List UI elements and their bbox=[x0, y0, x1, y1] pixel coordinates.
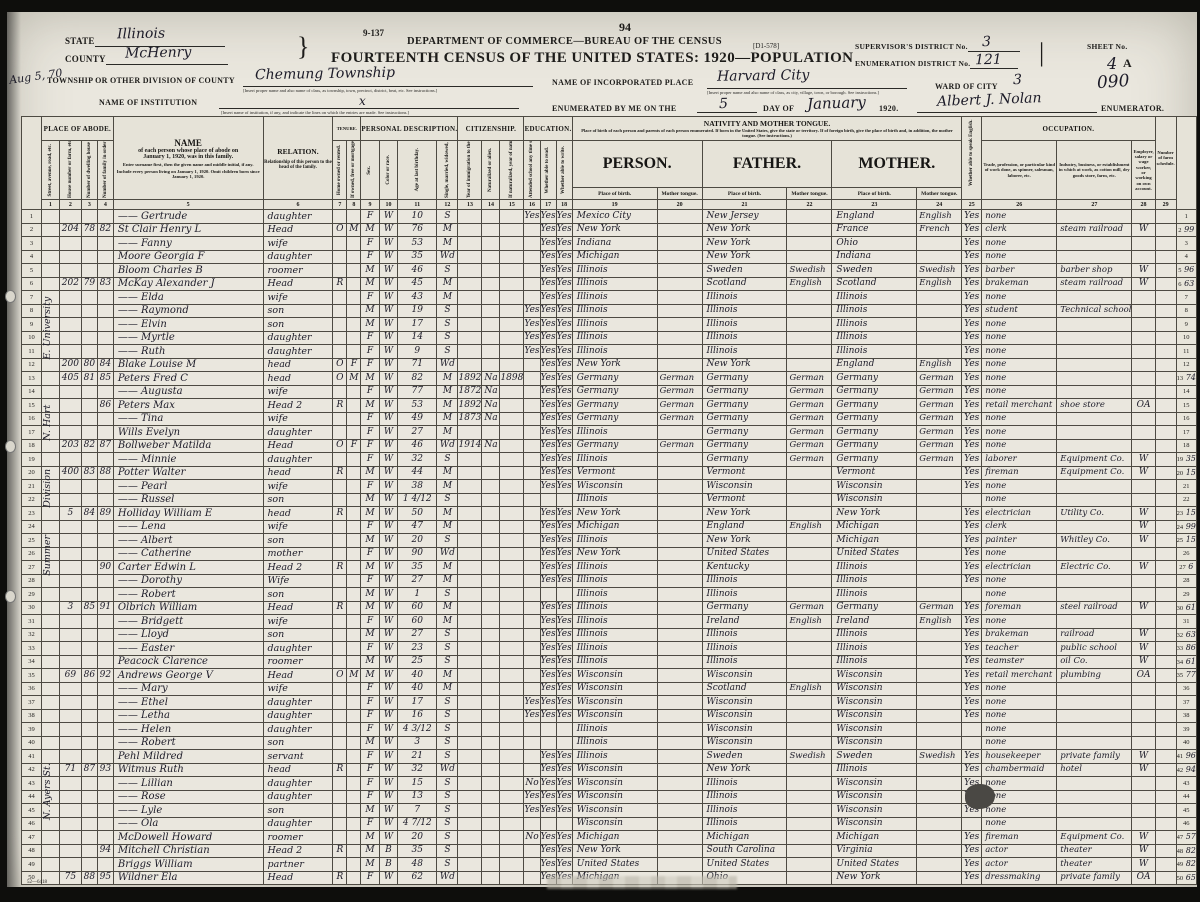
cell-ag: 60 bbox=[398, 601, 437, 615]
cell-mt bbox=[917, 871, 962, 885]
table-row: 9—— ElvinsonMW17SYesYesYesIllinoisIllino… bbox=[22, 318, 1197, 332]
cell-im bbox=[458, 763, 482, 777]
cell-pb: Wisconsin bbox=[572, 777, 657, 791]
cell-in: Equipment Co. bbox=[1057, 453, 1132, 467]
right-line-number: 4 bbox=[1176, 250, 1196, 264]
cell-rel: daughter bbox=[263, 777, 333, 791]
cell-rc: W bbox=[379, 345, 397, 359]
cell-wr bbox=[556, 493, 572, 507]
cell-st bbox=[41, 412, 59, 426]
cell-rc: W bbox=[379, 304, 397, 318]
cell-ft: English bbox=[787, 520, 832, 534]
cell-sx: M bbox=[361, 831, 379, 845]
cell-sx: F bbox=[361, 574, 379, 588]
cell-pt bbox=[657, 844, 702, 858]
line-number: 33 bbox=[22, 642, 42, 656]
cell-in bbox=[1057, 318, 1132, 332]
cell-na bbox=[482, 736, 500, 750]
cell-rd: Yes bbox=[540, 777, 556, 791]
cell-mr: S bbox=[437, 831, 458, 845]
cell-mt bbox=[917, 237, 962, 251]
cell-pt bbox=[657, 507, 702, 521]
col-family-number: Number of family in order of visitation. bbox=[97, 141, 113, 200]
cell-en: Yes bbox=[962, 574, 982, 588]
cell-sx: F bbox=[361, 777, 379, 791]
cell-im bbox=[458, 736, 482, 750]
cell-oc: none bbox=[982, 723, 1057, 737]
cell-im bbox=[458, 615, 482, 629]
cell-ag: 9 bbox=[398, 345, 437, 359]
cell-h bbox=[59, 709, 81, 723]
cell-fs bbox=[1155, 237, 1176, 251]
cell-em: W bbox=[1132, 628, 1155, 642]
cell-nm: Bollweber Matilda bbox=[113, 439, 263, 453]
cell-rd: Yes bbox=[540, 210, 556, 224]
cell-mg bbox=[347, 723, 361, 737]
cell-wr: Yes bbox=[556, 682, 572, 696]
cell-em bbox=[1132, 682, 1155, 696]
cell-rc: W bbox=[379, 696, 397, 710]
cell-rd bbox=[540, 817, 556, 831]
cell-fb: Wisconsin bbox=[702, 669, 787, 683]
cell-rd: Yes bbox=[540, 250, 556, 264]
cell-fb: Illinois bbox=[702, 817, 787, 831]
cell-em: OA bbox=[1132, 669, 1155, 683]
cell-rd: Yes bbox=[540, 601, 556, 615]
cell-rc: W bbox=[379, 250, 397, 264]
cell-sc bbox=[524, 682, 540, 696]
cell-ft: German bbox=[787, 412, 832, 426]
cell-oc: student bbox=[982, 304, 1057, 318]
cell-f: 84 bbox=[97, 358, 113, 372]
cell-f bbox=[97, 318, 113, 332]
hole-punch bbox=[5, 440, 16, 453]
cell-ag: 32 bbox=[398, 763, 437, 777]
cell-fs bbox=[1155, 223, 1176, 237]
cell-wr: Yes bbox=[556, 507, 572, 521]
cell-ny bbox=[500, 709, 524, 723]
cell-ny bbox=[500, 493, 524, 507]
cell-mt bbox=[917, 628, 962, 642]
cell-oc: none bbox=[982, 372, 1057, 386]
cell-mr: S bbox=[437, 588, 458, 602]
cell-ny bbox=[500, 399, 524, 413]
right-line-number: 21 bbox=[1176, 480, 1196, 494]
right-line-number: 3 bbox=[1176, 237, 1196, 251]
cell-o bbox=[333, 412, 347, 426]
cell-in bbox=[1057, 615, 1132, 629]
cell-mb: Sweden bbox=[832, 264, 917, 278]
line-number: 22 bbox=[22, 493, 42, 507]
table-row: 21—— PearlwifeFW38MYesYesWisconsinWiscon… bbox=[22, 480, 1197, 494]
cell-d bbox=[81, 345, 97, 359]
cell-ny bbox=[500, 304, 524, 318]
column-number: 7 bbox=[333, 200, 347, 210]
cell-em bbox=[1132, 358, 1155, 372]
cell-sx: F bbox=[361, 615, 379, 629]
cell-im bbox=[458, 831, 482, 845]
col-mother-tongue: Mother tongue. bbox=[917, 188, 962, 200]
cell-ag: 32 bbox=[398, 453, 437, 467]
cell-d bbox=[81, 777, 97, 791]
cell-ag: 49 bbox=[398, 412, 437, 426]
cell-pb: Illinois bbox=[572, 642, 657, 656]
cell-em bbox=[1132, 426, 1155, 440]
cell-rel: Head bbox=[263, 223, 333, 237]
institution-value: x bbox=[359, 94, 366, 108]
cell-mr: M bbox=[437, 385, 458, 399]
cell-pt bbox=[657, 318, 702, 332]
cell-d bbox=[81, 574, 97, 588]
cell-d: 82 bbox=[81, 439, 97, 453]
cell-in bbox=[1057, 723, 1132, 737]
cell-en: Yes bbox=[962, 372, 982, 386]
cell-rel: daughter bbox=[263, 345, 333, 359]
cell-pt bbox=[657, 453, 702, 467]
cell-o bbox=[333, 210, 347, 224]
cell-d: 79 bbox=[81, 277, 97, 291]
cell-en bbox=[962, 723, 982, 737]
cell-f: 93 bbox=[97, 763, 113, 777]
cell-fs bbox=[1155, 480, 1176, 494]
cell-pb: Illinois bbox=[572, 493, 657, 507]
cell-mr: S bbox=[437, 790, 458, 804]
cell-pb: New York bbox=[572, 507, 657, 521]
cell-st bbox=[41, 277, 59, 291]
cell-ft: German bbox=[787, 385, 832, 399]
cell-oc: none bbox=[982, 493, 1057, 507]
cell-mt: Swedish bbox=[917, 264, 962, 278]
cell-ft bbox=[787, 331, 832, 345]
cell-pb: Wisconsin bbox=[572, 790, 657, 804]
cell-fb: South Carolina bbox=[702, 844, 787, 858]
col-place-of-birth: Place of birth. bbox=[702, 188, 787, 200]
cell-in bbox=[1057, 480, 1132, 494]
cell-nm: Wildner Ela bbox=[113, 871, 263, 885]
cell-d bbox=[81, 264, 97, 278]
cell-pb: New York bbox=[572, 547, 657, 561]
cell-pt bbox=[657, 493, 702, 507]
cell-ag: 76 bbox=[398, 223, 437, 237]
cell-na bbox=[482, 682, 500, 696]
cell-mr: M bbox=[437, 412, 458, 426]
cell-mb: Illinois bbox=[832, 763, 917, 777]
cell-wr: Yes bbox=[556, 345, 572, 359]
cell-d bbox=[81, 210, 97, 224]
cell-ny bbox=[500, 723, 524, 737]
table-row: 41Pehl MildredservantFW21SYesYesIllinois… bbox=[22, 750, 1197, 764]
cell-in: steam railroad bbox=[1057, 277, 1132, 291]
cell-oc: fireman bbox=[982, 466, 1057, 480]
right-line-number: 43 bbox=[1176, 777, 1196, 791]
cell-ag: 27 bbox=[398, 426, 437, 440]
right-line-number: 50 65 bbox=[1176, 871, 1196, 885]
line-number: 27 bbox=[22, 561, 42, 575]
line-number: 34 bbox=[22, 655, 42, 669]
cell-fs bbox=[1155, 534, 1176, 548]
cell-en: Yes bbox=[962, 318, 982, 332]
cell-wr: Yes bbox=[556, 669, 572, 683]
line-number: 23 bbox=[22, 507, 42, 521]
cell-ag: 20 bbox=[398, 831, 437, 845]
cell-d: 86 bbox=[81, 669, 97, 683]
cell-rel: son bbox=[263, 736, 333, 750]
cell-mb: Wisconsin bbox=[832, 696, 917, 710]
line-number: 3 bbox=[22, 237, 42, 251]
cell-im bbox=[458, 520, 482, 534]
cell-o bbox=[333, 237, 347, 251]
cell-rel: partner bbox=[263, 858, 333, 872]
cell-o: R bbox=[333, 466, 347, 480]
cell-mt bbox=[917, 507, 962, 521]
cell-h bbox=[59, 628, 81, 642]
cell-em bbox=[1132, 331, 1155, 345]
cell-fb: Illinois bbox=[702, 574, 787, 588]
column-number: 10 bbox=[379, 200, 397, 210]
cell-sc bbox=[524, 223, 540, 237]
cell-h bbox=[59, 844, 81, 858]
cell-sc bbox=[524, 493, 540, 507]
cell-mt bbox=[917, 561, 962, 575]
cell-sc bbox=[524, 372, 540, 386]
cell-na: Na bbox=[482, 385, 500, 399]
cell-h bbox=[59, 561, 81, 575]
cell-mg bbox=[347, 709, 361, 723]
cell-pb: Illinois bbox=[572, 264, 657, 278]
cell-in: Technical school bbox=[1057, 304, 1132, 318]
cell-rel: Head 2 bbox=[263, 399, 333, 413]
cell-nm: —— Ola bbox=[113, 817, 263, 831]
cell-oc: brakeman bbox=[982, 628, 1057, 642]
cell-mr: M bbox=[437, 574, 458, 588]
cell-rel: daughter bbox=[263, 453, 333, 467]
cell-st bbox=[41, 480, 59, 494]
cell-mb: Illinois bbox=[832, 655, 917, 669]
department-line: DEPARTMENT OF COMMERCE—BUREAU OF THE CEN… bbox=[407, 36, 722, 47]
cell-mr: Wd bbox=[437, 547, 458, 561]
cell-in bbox=[1057, 493, 1132, 507]
cell-en: Yes bbox=[962, 345, 982, 359]
cell-pt bbox=[657, 777, 702, 791]
table-row: 2790Carter Edwin LHead 2RMW35MYesYesIlli… bbox=[22, 561, 1197, 575]
cell-oc: none bbox=[982, 291, 1057, 305]
cell-mt bbox=[917, 736, 962, 750]
cell-en: Yes bbox=[962, 210, 982, 224]
cell-ny bbox=[500, 466, 524, 480]
cell-f bbox=[97, 723, 113, 737]
cell-mg bbox=[347, 655, 361, 669]
cell-mr: M bbox=[437, 682, 458, 696]
cell-ag: 40 bbox=[398, 682, 437, 696]
col-able-to-write: Whether able to write. bbox=[556, 141, 572, 200]
cell-fs bbox=[1155, 493, 1176, 507]
cell-sx: F bbox=[361, 790, 379, 804]
line-number: 35 bbox=[22, 669, 42, 683]
cell-st bbox=[41, 426, 59, 440]
right-line-number: 9 bbox=[1176, 318, 1196, 332]
cell-wr bbox=[556, 723, 572, 737]
cell-o bbox=[333, 655, 347, 669]
line-number: 9 bbox=[22, 318, 42, 332]
col-attended-school: Attended school any time since Sept. 1, … bbox=[524, 141, 540, 200]
right-line-number: 29 bbox=[1176, 588, 1196, 602]
cell-fb: United States bbox=[702, 547, 787, 561]
cell-rel: daughter bbox=[263, 331, 333, 345]
cell-nm: Witmus Ruth bbox=[113, 763, 263, 777]
right-line-number: 40 bbox=[1176, 736, 1196, 750]
cell-rc: W bbox=[379, 790, 397, 804]
cell-rd: Yes bbox=[540, 385, 556, 399]
cell-rd: Yes bbox=[540, 804, 556, 818]
cell-mr: M bbox=[437, 561, 458, 575]
cell-f bbox=[97, 547, 113, 561]
cell-h bbox=[59, 399, 81, 413]
line-number: 7 bbox=[22, 291, 42, 305]
cell-mg bbox=[347, 520, 361, 534]
cell-ny bbox=[500, 601, 524, 615]
cell-h: 405 bbox=[59, 372, 81, 386]
cell-pt: German bbox=[657, 399, 702, 413]
cell-ny bbox=[500, 642, 524, 656]
cell-em: W bbox=[1132, 223, 1155, 237]
col-marital-status: Single, married, widowed, or divorced. bbox=[437, 141, 458, 200]
cell-mb: Illinois bbox=[832, 304, 917, 318]
cell-em bbox=[1132, 547, 1155, 561]
cell-en: Yes bbox=[962, 534, 982, 548]
cell-en: Yes bbox=[962, 628, 982, 642]
cell-fs bbox=[1155, 588, 1176, 602]
cell-pb: New York bbox=[572, 844, 657, 858]
line-number: 12 bbox=[22, 358, 42, 372]
cell-pb: New York bbox=[572, 358, 657, 372]
cell-em bbox=[1132, 723, 1155, 737]
cell-mg bbox=[347, 412, 361, 426]
right-line-number: 8 bbox=[1176, 304, 1196, 318]
cell-nm: Wills Evelyn bbox=[113, 426, 263, 440]
cell-mt: French bbox=[917, 223, 962, 237]
cell-sx: F bbox=[361, 331, 379, 345]
table-row: 42718793Witmus RuthheadRFW32WdYesYesWisc… bbox=[22, 763, 1197, 777]
cell-mg bbox=[347, 736, 361, 750]
cell-wr: Yes bbox=[556, 709, 572, 723]
col-color-race: Color or race. bbox=[379, 141, 397, 200]
cell-d bbox=[81, 858, 97, 872]
cell-na bbox=[482, 358, 500, 372]
cell-fb: Illinois bbox=[702, 655, 787, 669]
cell-mg bbox=[347, 601, 361, 615]
cell-d bbox=[81, 547, 97, 561]
cell-fb: Wisconsin bbox=[702, 696, 787, 710]
right-line-number: 37 bbox=[1176, 696, 1196, 710]
right-line-number: 41 96 bbox=[1176, 750, 1196, 764]
cell-f: 90 bbox=[97, 561, 113, 575]
cell-pt bbox=[657, 642, 702, 656]
table-row: 43—— LilliandaughterFW15SNoYesYesWiscons… bbox=[22, 777, 1197, 791]
cell-o bbox=[333, 520, 347, 534]
cell-rd: Yes bbox=[540, 237, 556, 251]
line-number: 19 bbox=[22, 453, 42, 467]
cell-ft bbox=[787, 480, 832, 494]
cell-mg: M bbox=[347, 669, 361, 683]
cell-mg bbox=[347, 385, 361, 399]
column-number: 12 bbox=[437, 200, 458, 210]
cell-f: 95 bbox=[97, 871, 113, 885]
cell-nm: Peters Fred C bbox=[113, 372, 263, 386]
cell-rd: Yes bbox=[540, 466, 556, 480]
cell-na bbox=[482, 574, 500, 588]
cell-rel: daughter bbox=[263, 210, 333, 224]
cell-sx: F bbox=[361, 237, 379, 251]
cell-rc: W bbox=[379, 480, 397, 494]
cell-rc: W bbox=[379, 615, 397, 629]
cell-rc: W bbox=[379, 709, 397, 723]
cell-h: 5 bbox=[59, 507, 81, 521]
cell-oc: none bbox=[982, 439, 1057, 453]
cell-rc: B bbox=[379, 844, 397, 858]
cell-pt bbox=[657, 250, 702, 264]
cell-mb: Virginia bbox=[832, 844, 917, 858]
col-place-of-birth: Place of birth. bbox=[832, 188, 917, 200]
cell-en: Yes bbox=[962, 466, 982, 480]
cell-mg bbox=[347, 277, 361, 291]
line-number: 25 bbox=[22, 534, 42, 548]
cell-fb: Scotland bbox=[702, 682, 787, 696]
cell-fb: Wisconsin bbox=[702, 709, 787, 723]
cell-in bbox=[1057, 412, 1132, 426]
col-immigration-year: Year of immigration to the United States… bbox=[458, 141, 482, 200]
cell-ny bbox=[500, 817, 524, 831]
cell-im bbox=[458, 804, 482, 818]
cell-mt: German bbox=[917, 453, 962, 467]
cell-f bbox=[97, 777, 113, 791]
cell-f bbox=[97, 574, 113, 588]
table-row: 182038287Bollweber MatildaHeadOFFW46Wd19… bbox=[22, 439, 1197, 453]
cell-rd: Yes bbox=[540, 223, 556, 237]
cell-mt: German bbox=[917, 385, 962, 399]
cell-mb: Ireland bbox=[832, 615, 917, 629]
table-row: 3—— FannywifeFW53MYesYesIndianaNew YorkO… bbox=[22, 237, 1197, 251]
cell-en bbox=[962, 588, 982, 602]
line-number: 36 bbox=[22, 682, 42, 696]
cell-mt bbox=[917, 345, 962, 359]
cell-pb: Germany bbox=[572, 399, 657, 413]
cell-pb: Illinois bbox=[572, 655, 657, 669]
cell-en: Yes bbox=[962, 655, 982, 669]
cell-fs bbox=[1155, 466, 1176, 480]
cell-mr: M bbox=[437, 480, 458, 494]
cell-sx: M bbox=[361, 223, 379, 237]
cell-em bbox=[1132, 291, 1155, 305]
cell-fb: Sweden bbox=[702, 264, 787, 278]
cell-st bbox=[41, 291, 59, 305]
cell-ag: 1 4/12 bbox=[398, 493, 437, 507]
cell-h bbox=[59, 574, 81, 588]
line-number: 13 bbox=[22, 372, 42, 386]
cell-sc: Yes bbox=[524, 304, 540, 318]
cell-o bbox=[333, 493, 347, 507]
cell-sx: F bbox=[361, 871, 379, 885]
cell-ag: 20 bbox=[398, 534, 437, 548]
cell-wr: Yes bbox=[556, 372, 572, 386]
cell-rel: Head bbox=[263, 601, 333, 615]
cell-em: W bbox=[1132, 264, 1155, 278]
cell-ft bbox=[787, 588, 832, 602]
cell-h bbox=[59, 615, 81, 629]
cell-h bbox=[59, 345, 81, 359]
cell-h bbox=[59, 777, 81, 791]
cell-ag: 15 bbox=[398, 777, 437, 791]
cell-sx: M bbox=[361, 858, 379, 872]
